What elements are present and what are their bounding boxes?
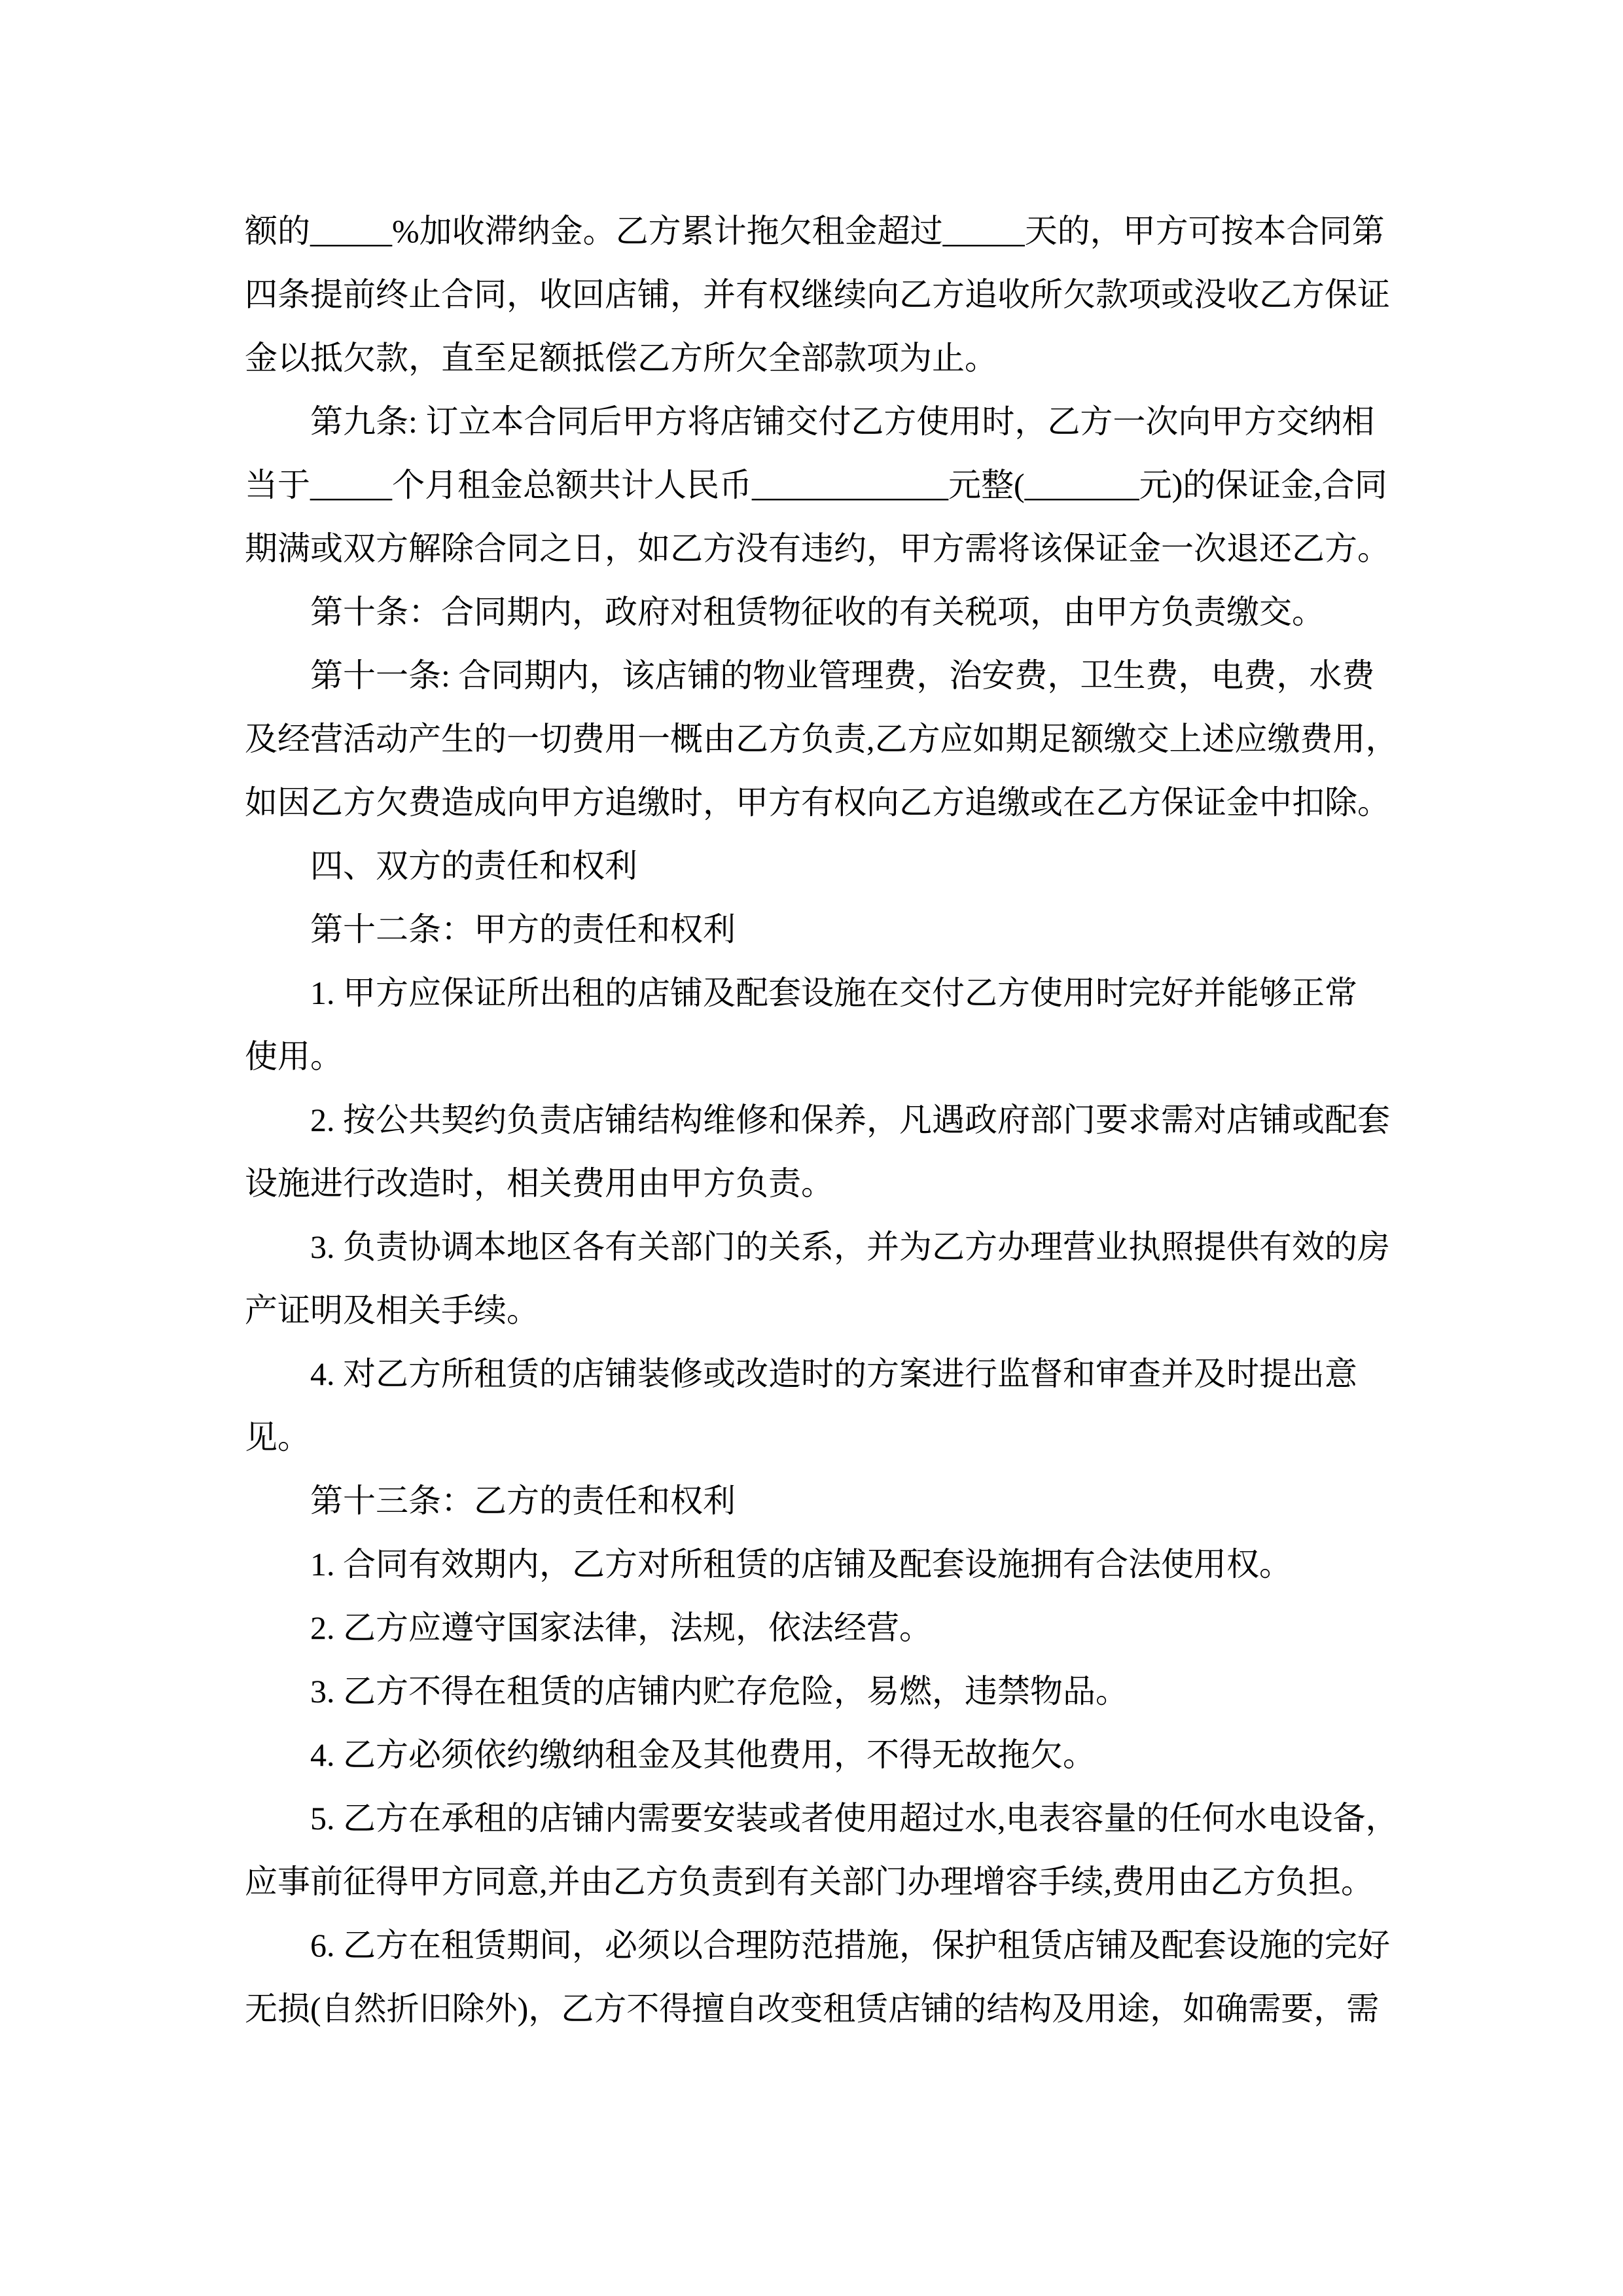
text-line: 2. 按公共契约负责店铺结构维修和保养，凡遇政府部门要求需对店铺或配套 — [245, 1088, 1399, 1152]
text-line: 见。 — [245, 1406, 1399, 1469]
text-line: 期满或双方解除合同之日，如乙方没有违约，甲方需将该保证金一次退还乙方。 — [245, 517, 1399, 581]
text-line: 第十三条：乙方的责任和权利 — [245, 1469, 1399, 1533]
text-line: 金以抵欠款，直至足额抵偿乙方所欠全部款项为止。 — [245, 327, 1399, 390]
text-line: 第九条: 订立本合同后甲方将店铺交付乙方使用时，乙方一次向甲方交纳相 — [245, 390, 1399, 454]
text-line: 5. 乙方在承租的店铺内需要安装或者使用超过水,电表容量的任何水电设备， — [245, 1787, 1399, 1850]
text-line: 6. 乙方在租赁期间，必须以合理防范措施，保护租赁店铺及配套设施的完好 — [245, 1914, 1399, 1977]
text-line: 四条提前终止合同，收回店铺，并有权继续向乙方追收所欠款项或没收乙方保证 — [245, 263, 1399, 327]
text-line: 无损(自然折旧除外)，乙方不得擅自改变租赁店铺的结构及用途，如确需要，需 — [245, 1977, 1399, 2041]
text-line: 4. 乙方必须依约缴纳租金及其他费用，不得无故拖欠。 — [245, 1723, 1399, 1787]
contract-body: 额的_____%加收滞纳金。乙方累计拖欠租金超过_____天的，甲方可按本合同第… — [245, 200, 1399, 2041]
text-line: 4. 对乙方所租赁的店铺装修或改造时的方案进行监督和审查并及时提出意 — [245, 1342, 1399, 1406]
text-line: 设施进行改造时，相关费用由甲方负责。 — [245, 1152, 1399, 1215]
text-line: 2. 乙方应遵守国家法律，法规，依法经营。 — [245, 1596, 1399, 1660]
text-line: 如因乙方欠费造成向甲方追缴时，甲方有权向乙方追缴或在乙方保证金中扣除。 — [245, 771, 1399, 834]
text-line: 1. 合同有效期内，乙方对所租赁的店铺及配套设施拥有合法使用权。 — [245, 1533, 1399, 1596]
contract-page: 额的_____%加收滞纳金。乙方累计拖欠租金超过_____天的，甲方可按本合同第… — [0, 0, 1623, 2296]
text-line: 产证明及相关手续。 — [245, 1279, 1399, 1342]
text-line: 额的_____%加收滞纳金。乙方累计拖欠租金超过_____天的，甲方可按本合同第 — [245, 200, 1399, 263]
text-line: 第十条：合同期内，政府对租赁物征收的有关税项，由甲方负责缴交。 — [245, 581, 1399, 644]
text-line: 第十二条：甲方的责任和权利 — [245, 898, 1399, 961]
text-line: 应事前征得甲方同意,并由乙方负责到有关部门办理增容手续,费用由乙方负担。 — [245, 1850, 1399, 1914]
text-line: 当于_____个月租金总额共计人民币____________元整(_______… — [245, 454, 1399, 517]
text-line: 3. 乙方不得在租赁的店铺内贮存危险，易燃，违禁物品。 — [245, 1660, 1399, 1723]
text-line: 3. 负责协调本地区各有关部门的关系，并为乙方办理营业执照提供有效的房 — [245, 1215, 1399, 1279]
text-line: 使用。 — [245, 1025, 1399, 1088]
text-line: 四、双方的责任和权利 — [245, 834, 1399, 898]
text-line: 第十一条: 合同期内，该店铺的物业管理费，治安费，卫生费，电费，水费 — [245, 644, 1399, 708]
text-line: 1. 甲方应保证所出租的店铺及配套设施在交付乙方使用时完好并能够正常 — [245, 961, 1399, 1025]
text-line: 及经营活动产生的一切费用一概由乙方负责,乙方应如期足额缴交上述应缴费用， — [245, 708, 1399, 771]
